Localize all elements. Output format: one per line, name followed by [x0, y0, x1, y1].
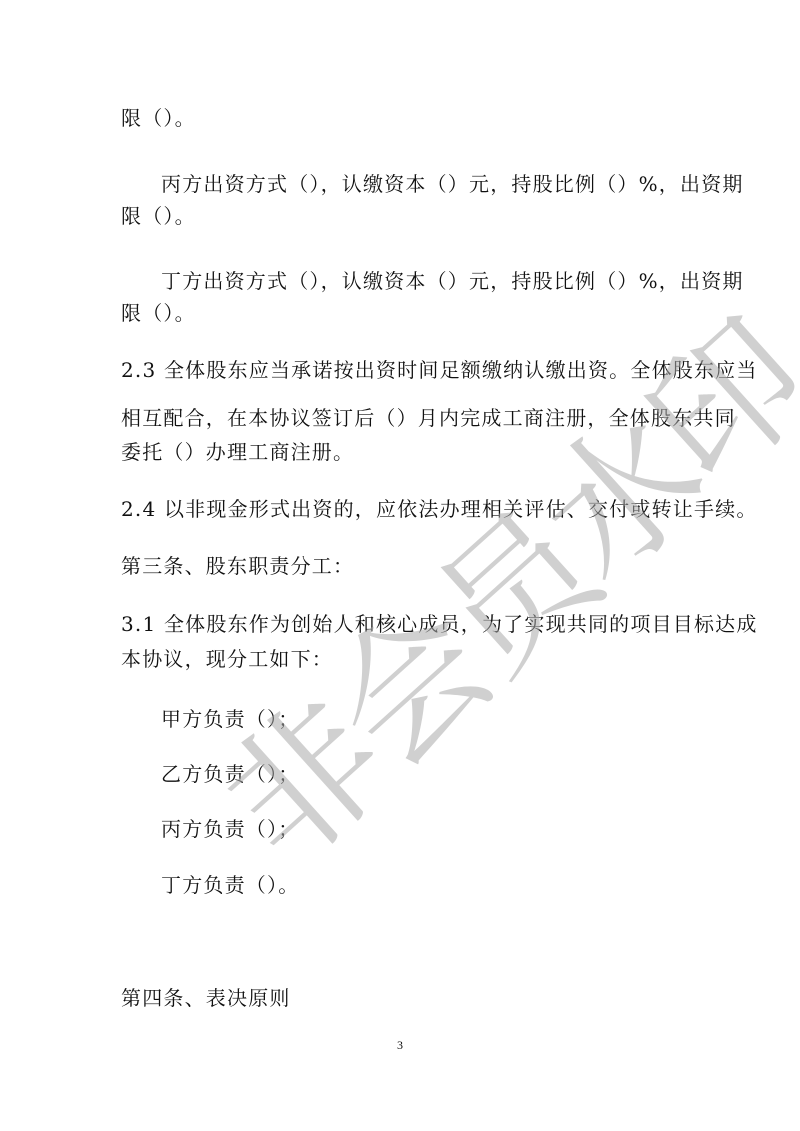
article-4-heading: 第四条、表决原则 — [121, 984, 291, 1012]
clause-2-3-line-1: 2.3 全体股东应当承诺按出资时间足额缴纳认缴出资。全体股东应当 — [121, 356, 758, 384]
clause-2-3-line-3: 委托（）办理工商注册。 — [121, 438, 354, 466]
clause-2-3-line-2: 相互配合，在本协议签订后（）月内完成工商注册，全体股东共同 — [121, 404, 736, 432]
watermark: 非会员水印 — [201, 302, 800, 889]
text-line-term-continuation-2: 限（）。 — [121, 202, 196, 230]
text-line-party-d-contribution: 丁方出资方式（），认缴资本（）元，持股比例（）%，出资期 — [161, 267, 744, 295]
document-page: 限（）。 丙方出资方式（），认缴资本（）元，持股比例（）%，出资期 限（）。 丁… — [0, 0, 800, 1131]
article-3-heading: 第三条、股东职责分工： — [121, 552, 354, 580]
text-line-term-continuation-1: 限（）。 — [121, 104, 196, 132]
text-line-party-c-contribution: 丙方出资方式（），认缴资本（）元，持股比例（）%，出资期 — [161, 170, 744, 198]
party-d-duty: 丁方负责（）。 — [161, 871, 299, 899]
page-number: 3 — [0, 1037, 800, 1053]
clause-2-4: 2.4 以非现金形式出资的，应依法办理相关评估、交付或转让手续。 — [121, 495, 758, 523]
text-line-term-continuation-3: 限（）。 — [121, 299, 196, 327]
party-a-duty: 甲方负责（）； — [161, 705, 299, 733]
clause-3-1-line-2: 本协议，现分工如下： — [121, 645, 333, 673]
party-b-duty: 乙方负责（）； — [161, 760, 299, 788]
party-c-duty: 丙方负责（）； — [161, 815, 299, 843]
clause-3-1-line-1: 3.1 全体股东作为创始人和核心成员，为了实现共同的项目目标达成 — [121, 610, 758, 638]
